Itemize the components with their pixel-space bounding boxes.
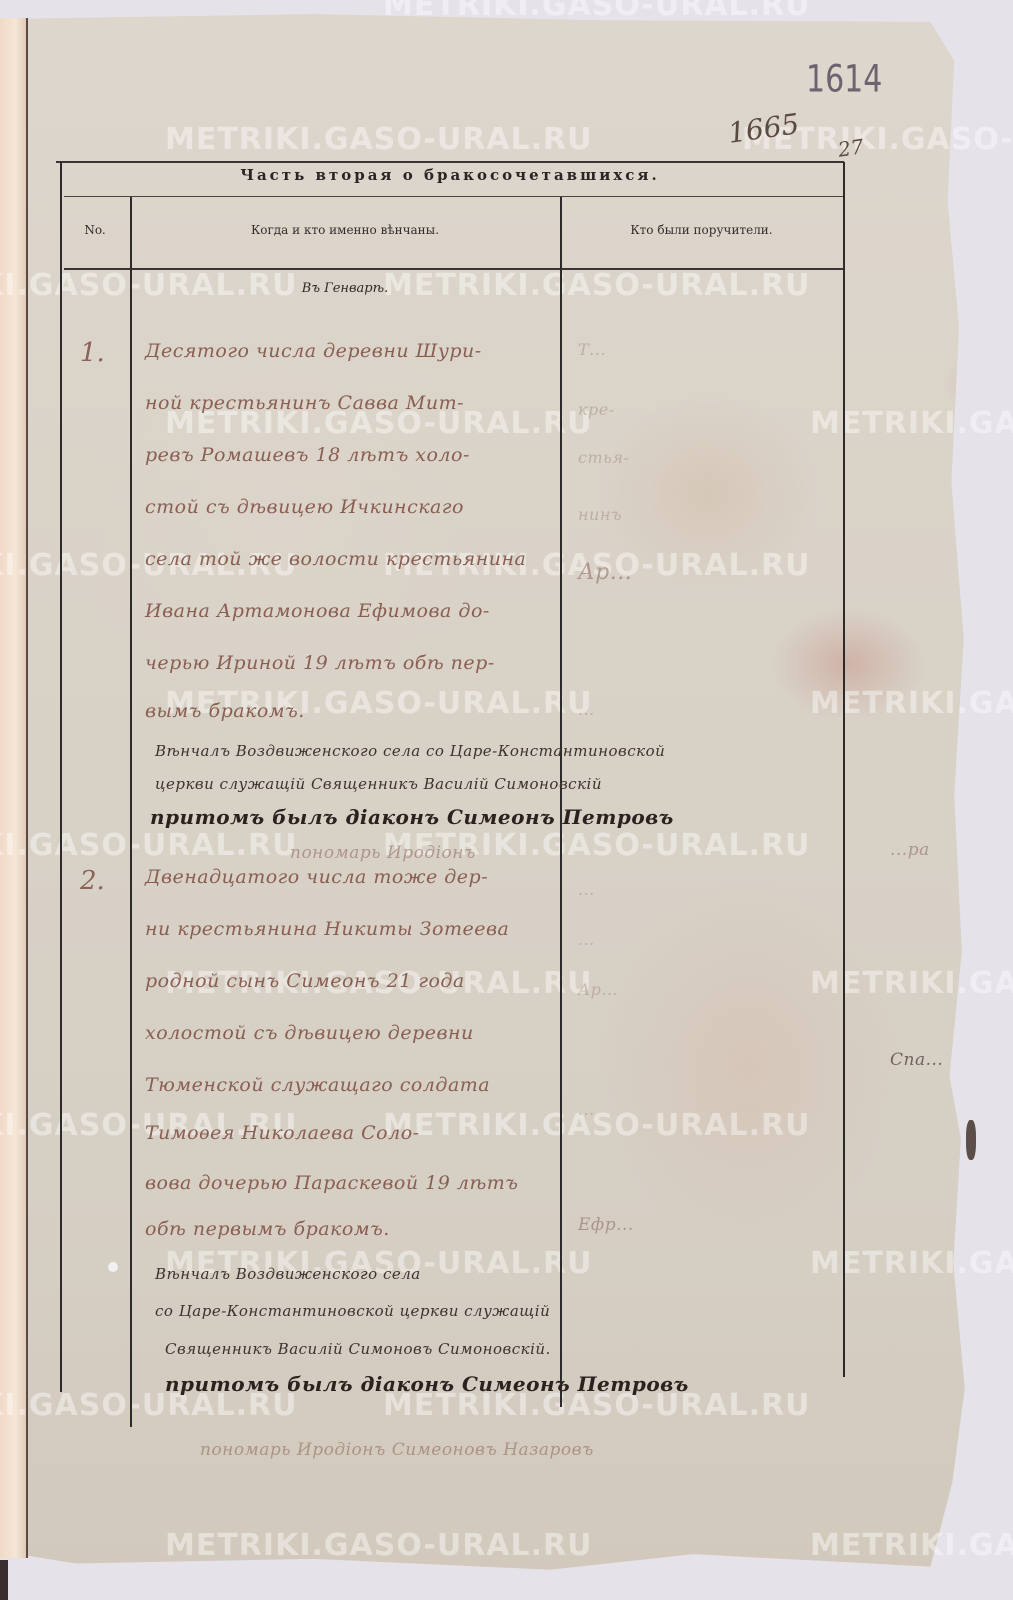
deacon-note-line: притомъ былъ діаконъ Симеонъ Петровъ (150, 805, 674, 829)
guarantor-line: Ар... (578, 560, 632, 585)
guarantor-line: ... (578, 930, 595, 949)
handwritten-line: родной сынъ Симеонъ 21 года (145, 970, 465, 992)
handwritten-line: вымъ бракомъ. (145, 700, 305, 722)
month-heading: Въ Генварѣ. (130, 281, 560, 296)
title-separator (64, 196, 844, 197)
guarantor-line: ... (578, 700, 595, 719)
table-right-border (843, 162, 845, 1377)
handwritten-line: Десятого числа деревни Шури- (145, 340, 482, 362)
handwritten-line: стой съ дѣвицею Ичкинскаго (145, 496, 464, 518)
guarantor-line: Ар... (578, 980, 618, 999)
deacon-note-line: притомъ былъ діаконъ Симеонъ Петровъ (165, 1372, 689, 1396)
handwritten-line: вова дочерью Параскевой 19 лѣтъ (145, 1172, 518, 1194)
column-divider-no (130, 197, 132, 1427)
sexton-note-line: пономарь Иродіонъ Симеоновъ Назаровъ (200, 1440, 594, 1460)
guarantor-line: Т... (578, 340, 606, 359)
margin-note: ...ра (890, 840, 930, 860)
guarantor-line: ... (578, 1100, 595, 1119)
ink-stain (966, 1120, 976, 1160)
table-title: Часть вторая о бракосочетавшихся. (56, 166, 844, 184)
handwritten-line: холостой съ дѣвицею деревни (145, 1022, 474, 1044)
handwritten-line: Тимоѳея Николаева Соло- (145, 1122, 420, 1144)
entry-number: 1. (80, 338, 105, 368)
paper-hole (108, 1262, 118, 1272)
guarantor-line: ... (578, 880, 595, 899)
table-left-border (60, 162, 62, 1392)
officiant-note-line: церкви служащій Священникъ Василій Симон… (155, 775, 602, 793)
column-header-married: Когда и кто именно вѣнчаны. (130, 223, 560, 237)
handwritten-line: ной крестьянинъ Савва Мит- (145, 392, 464, 414)
handwritten-line: Ивана Артамонова Ефимова до- (145, 600, 490, 622)
column-header-guarantors: Кто были поручители. (560, 223, 843, 237)
handwritten-line: Тюменской служащаго солдата (145, 1074, 490, 1096)
table-top-border (56, 161, 844, 163)
column-header-no: No. (60, 223, 130, 237)
handwritten-line: ни крестьянина Никиты Зотеева (145, 918, 509, 940)
corner-mark: 27 (836, 134, 865, 161)
guarantor-line: Ефр... (578, 1215, 634, 1235)
officiant-note-line: Вѣнчалъ Воздвиженского села (155, 1265, 421, 1283)
handwritten-line: ревъ Ромашевъ 18 лѣтъ холо- (145, 444, 470, 466)
header-bottom-border (64, 268, 844, 270)
pencil-folio-number: 1614 (806, 58, 882, 102)
guarantor-line: кре- (578, 400, 615, 419)
guarantor-line: стья- (578, 448, 629, 467)
book-binding (0, 18, 28, 1558)
entry-number: 2. (80, 866, 105, 896)
column-divider-mid (560, 197, 562, 1407)
binding-edge (0, 1560, 8, 1600)
handwritten-line: села той же волости крестьянина (145, 548, 526, 570)
officiant-note-line: Священникъ Василій Симоновъ Симоновскій. (165, 1340, 551, 1358)
guarantor-line: нинъ (578, 505, 622, 524)
handwritten-line: черью Ириной 19 лѣтъ обѣ пер- (145, 652, 495, 674)
handwritten-line: обѣ первымъ бракомъ. (145, 1218, 390, 1240)
sexton-note-line: пономарь Иродіонъ (290, 843, 476, 863)
officiant-note-line: со Царе-Константиновской церкви служащій (155, 1302, 550, 1320)
margin-note: Спа... (890, 1050, 943, 1070)
officiant-note-line: Вѣнчалъ Воздвиженского села со Царе-Конс… (155, 742, 665, 760)
handwritten-line: Двенадцатого числа тоже дер- (145, 866, 488, 888)
